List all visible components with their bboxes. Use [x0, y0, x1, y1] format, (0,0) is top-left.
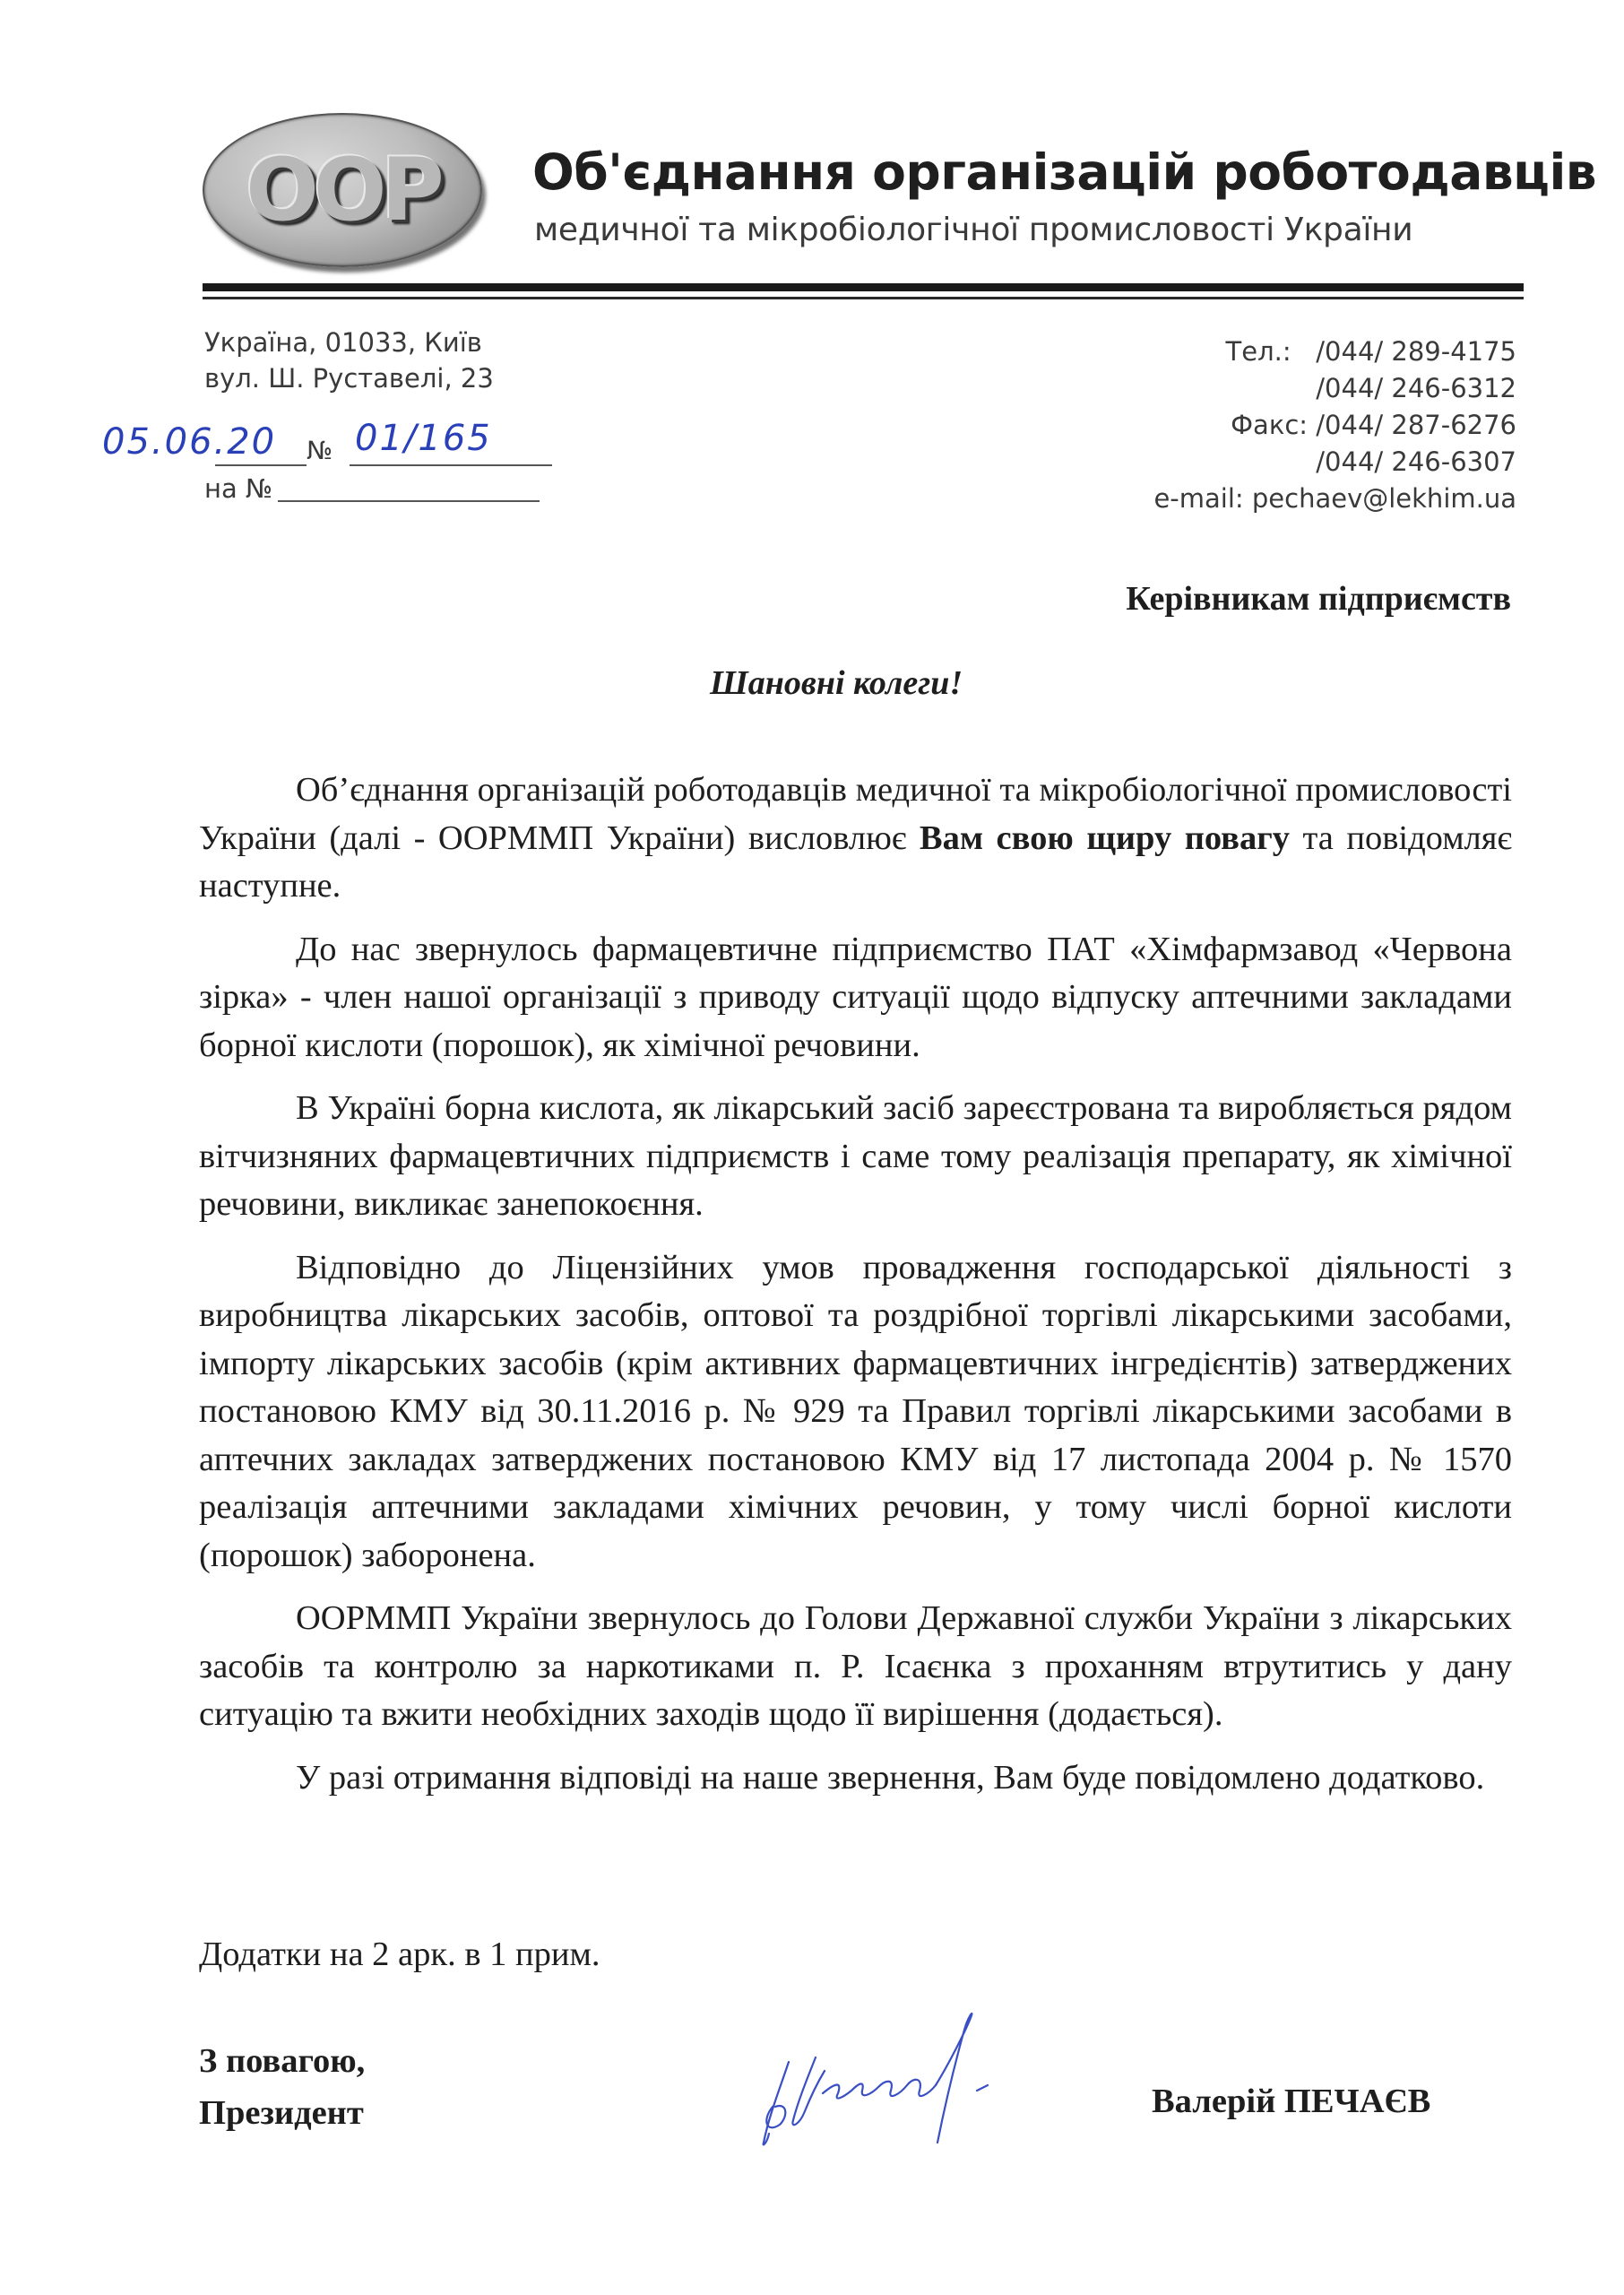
emphasis-respect: Вам свою щиру повагу	[920, 819, 1290, 857]
contact-fax-2: /044/ 246-6307	[1153, 444, 1516, 481]
handwritten-date: 05.06.20	[102, 421, 276, 463]
address-line-2: вул. Ш. Руставелі, 23	[204, 360, 494, 396]
contact-fax-1: Факс: /044/ 287-6276	[1153, 407, 1516, 444]
handwritten-number: 01/165	[355, 418, 492, 459]
paragraph-2: До нас звернулось фармацевтичне підприєм…	[199, 926, 1512, 1070]
contact-block: Тел.: /044/ 289-4175 /044/ 246-6312 Факс…	[1153, 333, 1516, 517]
handwritten-signature	[753, 2008, 1102, 2152]
reply-underline	[278, 500, 540, 502]
organization-title: Об'єднання організацій роботодавців	[532, 143, 1596, 201]
paragraph-1: Об’єднання організацій роботодавців меди…	[199, 766, 1512, 911]
attachments-note: Додатки на 2 арк. в 1 прим.	[199, 1935, 600, 1974]
date-underline	[215, 464, 307, 466]
signer-name: Валерій ПЕЧАЄВ	[1152, 2082, 1430, 2121]
reply-reference: на №	[204, 473, 272, 504]
number-underline	[350, 464, 552, 466]
greeting: Шановні колеги!	[710, 663, 963, 703]
closing-salutation: З повагою,	[199, 2035, 365, 2087]
signature-icon	[753, 2008, 1102, 2152]
letter-body: Об’єднання організацій роботодавців меди…	[199, 766, 1512, 1817]
logo-text: ООР	[204, 147, 480, 233]
postal-address: Україна, 01033, Київ вул. Ш. Руставелі, …	[204, 325, 494, 396]
contact-phone-1: Тел.: /044/ 289-4175	[1153, 333, 1516, 370]
header-divider-thick	[203, 283, 1524, 291]
addressee: Керівникам підприємств	[1126, 579, 1511, 619]
contact-email: e-mail: pechaev@lekhim.ua	[1153, 481, 1516, 517]
outgoing-reference: 05.06.20 № 01/165	[102, 421, 550, 475]
header-divider-thin	[203, 297, 1524, 299]
organization-logo: ООР	[203, 113, 482, 267]
organization-subtitle: медичної та мікробіологічної промисловос…	[534, 212, 1412, 248]
paragraph-4: Відповідно до Ліцензійних умов проваджен…	[199, 1244, 1512, 1581]
paragraph-3: В Україні борна кислота, як лікарський з…	[199, 1085, 1512, 1229]
signer-position: Президент	[199, 2087, 365, 2139]
number-sign: №	[307, 436, 333, 465]
reply-label: на №	[204, 473, 272, 504]
address-line-1: Україна, 01033, Київ	[204, 325, 494, 360]
paragraph-6: У разі отримання відповіді на наше зверн…	[199, 1754, 1512, 1803]
closing-block: З повагою, Президент	[199, 2035, 365, 2139]
contact-phone-2: /044/ 246-6312	[1153, 370, 1516, 407]
paragraph-5: ООРММП України звернулось до Голови Держ…	[199, 1595, 1512, 1739]
